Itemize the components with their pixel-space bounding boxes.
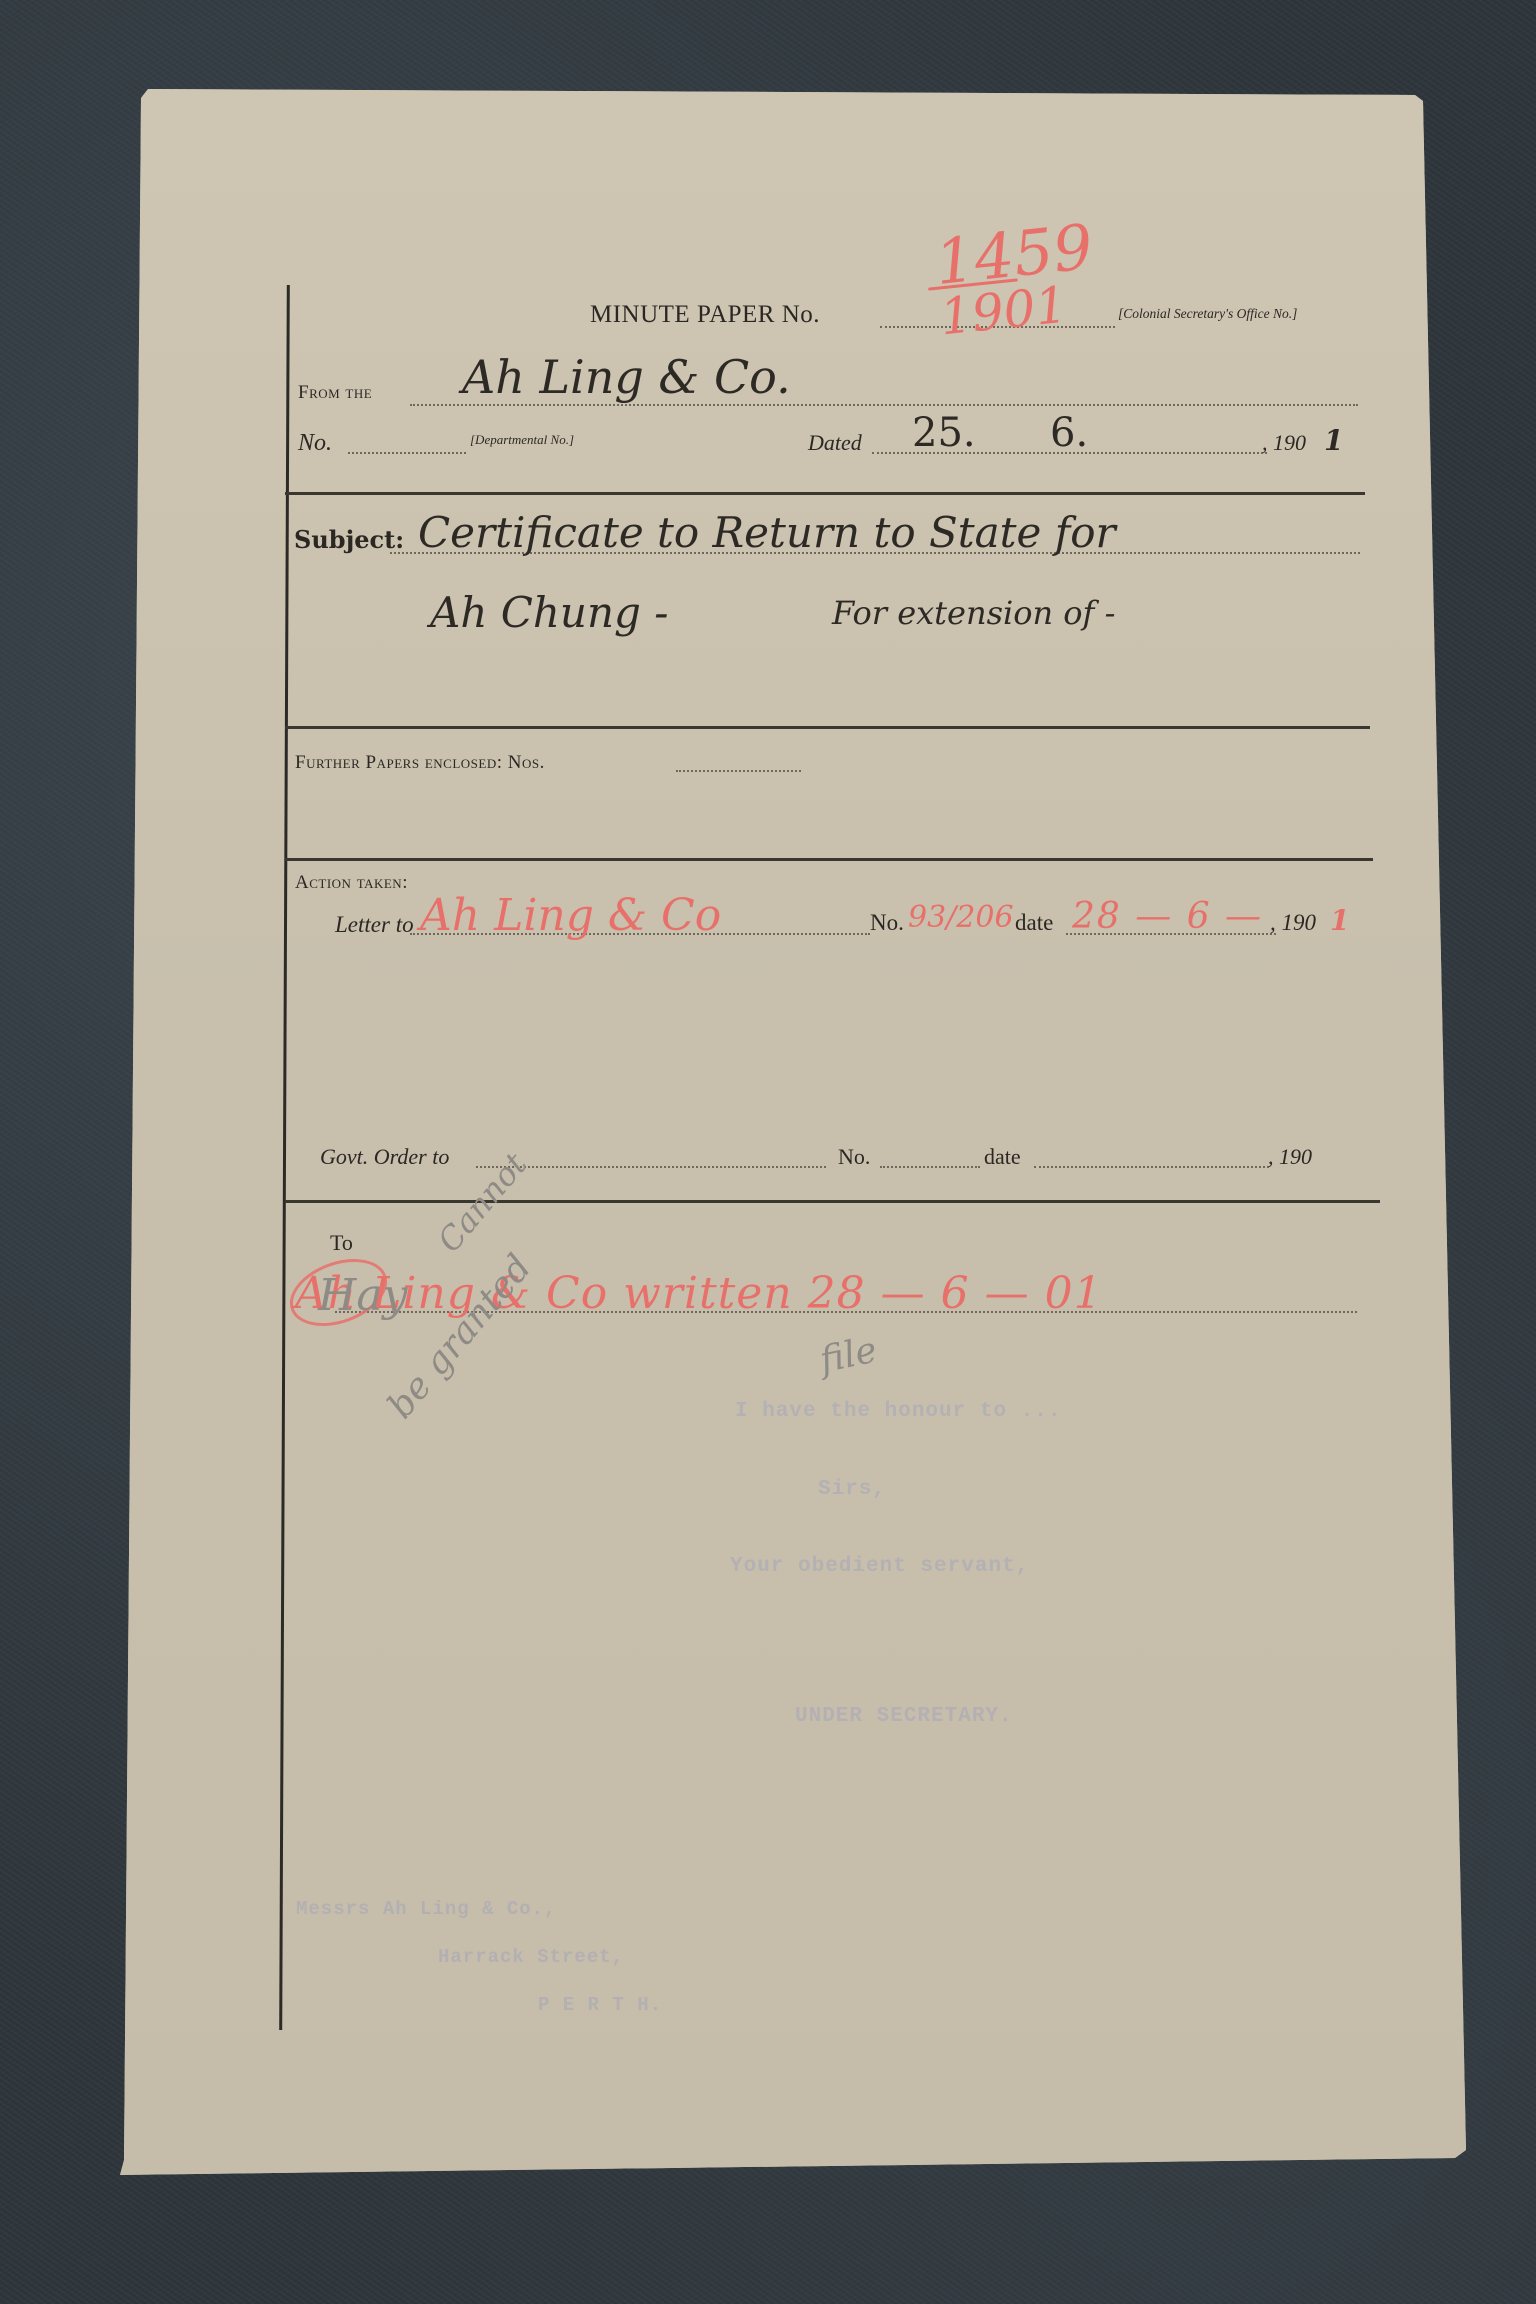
rule-after-further-papers [285, 858, 1373, 861]
minute-paper-sheet: MINUTE PAPER No. [Colonial Secretary's O… [0, 0, 1536, 2304]
letter-date-label: date [1015, 910, 1053, 936]
pencil-note-file: file [816, 1330, 880, 1382]
left-margin-rule [279, 285, 290, 2030]
letter-year-suffix: 1 [1330, 904, 1349, 937]
minute-number-red-sub: 1901 [937, 276, 1070, 347]
letter-year-prefix: , 190 [1270, 910, 1316, 936]
govt-date-dotline [1034, 1166, 1269, 1168]
letter-no-label: No. [870, 910, 904, 936]
bleed-through-line: I have the honour to ... [735, 1400, 1061, 1423]
letter-to-value: Ah Ling & Co [420, 890, 721, 941]
subject-name: Ah Chung - [430, 588, 668, 637]
departmental-note: [Departmental No.] [470, 432, 574, 448]
govt-no-label: No. [838, 1144, 870, 1170]
subject-label: Subject: [294, 525, 404, 554]
govt-date-label: date [984, 1144, 1021, 1170]
to-red-note: Ah Ling & Co written 28 — 6 — 01 [295, 1268, 1103, 1319]
dept-no-dotline [348, 452, 466, 454]
govt-order-label: Govt. Order to [320, 1144, 449, 1170]
rule-after-subject [285, 726, 1370, 729]
govt-no-dotline [880, 1166, 980, 1168]
office-number-note: [Colonial Secretary's Office No.] [1118, 306, 1297, 322]
letter-to-label: Letter to [335, 912, 414, 938]
action-taken-label: Action taken: [295, 872, 408, 894]
dated-year-suffix: 1 [1324, 424, 1343, 457]
bleed-through-line: Your obedient servant, [730, 1555, 1029, 1578]
dated-label: Dated [808, 430, 862, 456]
dated-day: 25. [912, 410, 976, 456]
from-label: From the [298, 382, 372, 404]
further-papers-dotline [676, 770, 801, 772]
minute-paper-title: MINUTE PAPER No. [590, 301, 820, 329]
bleed-through-line: Sirs, [818, 1478, 886, 1501]
dated-month: 6. [1050, 410, 1088, 456]
govt-year: , 190 [1268, 1144, 1312, 1170]
rule-after-header [285, 492, 1365, 495]
subject-note: For extension of - [832, 594, 1115, 632]
letter-no-value: 93/206 [908, 900, 1014, 935]
dept-no-label: No. [298, 430, 332, 457]
letter-date-value: 28 — 6 — [1072, 896, 1263, 937]
from-value: Ah Ling & Co. [462, 350, 791, 404]
dated-year-prefix: , 190 [1262, 430, 1306, 456]
bleed-through-line: UNDER SECRETARY. [795, 1705, 1013, 1728]
rule-after-action [285, 1200, 1380, 1203]
bleed-through-line: P E R T H. [538, 1994, 662, 2016]
bleed-through-line: Harrack Street, [438, 1946, 624, 1968]
further-papers-label: Further Papers enclosed: Nos. [295, 752, 545, 774]
pencil-note-hay: Hay [318, 1270, 407, 1321]
from-dotline [410, 404, 1358, 406]
subject-line-1: Certificate to Return to State for [418, 508, 1116, 557]
bleed-through-line: Messrs Ah Ling & Co., [296, 1898, 556, 1920]
to-label: To [330, 1230, 353, 1256]
